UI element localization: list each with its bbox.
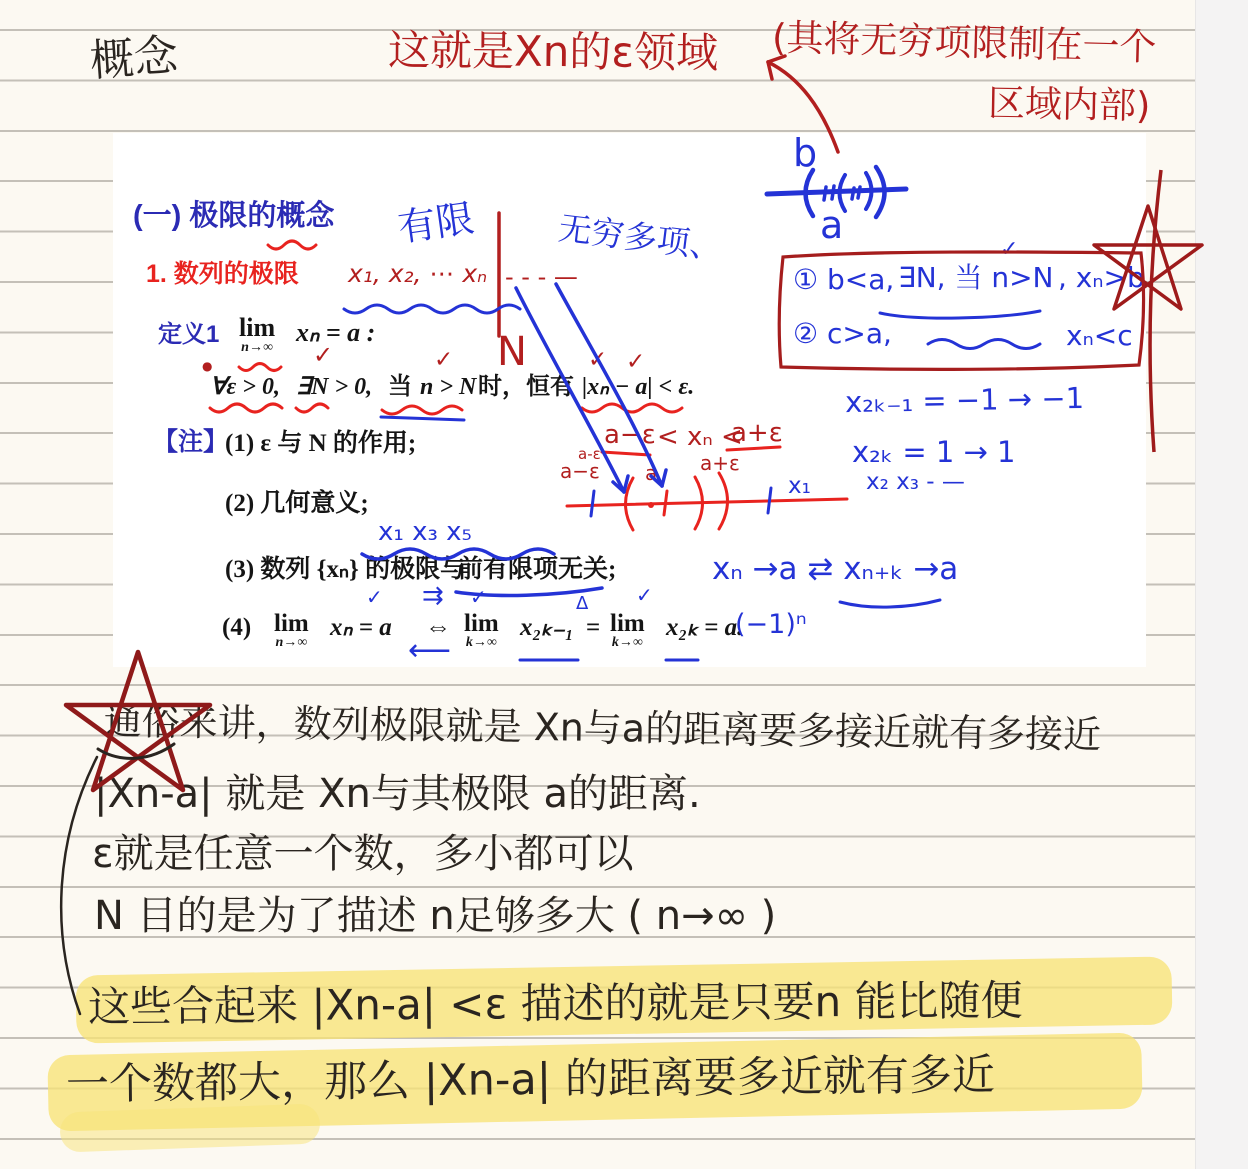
box-line1-a: ① b<a, bbox=[793, 264, 894, 295]
box-line2-a: ② c>a, bbox=[793, 318, 892, 349]
check-icon: ✓ bbox=[434, 348, 453, 374]
check-icon: ✓ bbox=[626, 350, 645, 376]
lim-subscript: k→∞ bbox=[612, 636, 643, 649]
definition-expression: xₙ = a : bbox=[296, 318, 375, 347]
annotation-sequence: x₁, x₂, ⋯ xₙ bbox=[348, 260, 487, 288]
notes-page: 概念 这就是Xn的ε领域 (其将无穷项限制在一个 区域内部) b a (一) 极… bbox=[0, 0, 1248, 1169]
axis-label-x1: x₁ bbox=[788, 474, 811, 500]
section-title: (一) 极限的概念 bbox=[133, 200, 334, 232]
check-icon: ✓ bbox=[366, 586, 383, 608]
limit-operator: lim n→∞ bbox=[274, 612, 309, 649]
long-left-arrow-icon: ⟵ bbox=[408, 634, 451, 668]
check-icon: ✓ bbox=[313, 342, 333, 369]
cond-then: 时，恒有 bbox=[478, 374, 574, 401]
axis-label-right: a+ε bbox=[700, 452, 740, 474]
annotation-N: N bbox=[497, 330, 527, 375]
triangle-icon: Δ bbox=[576, 594, 588, 614]
cond-abs: |xₙ − a| < ε. bbox=[582, 374, 694, 401]
item4-expr2: x₂ₖ₋₁ bbox=[520, 614, 574, 642]
check-icon: ✓ bbox=[470, 586, 487, 608]
lim-word: lim bbox=[464, 612, 499, 636]
diagram-label-a: a bbox=[820, 204, 843, 247]
ineq-right: a+ε bbox=[731, 419, 783, 448]
ineq-left: a−ε bbox=[604, 421, 656, 450]
item4-expr1: xₙ = a bbox=[330, 614, 392, 642]
double-right-arrow-icon: ⇉ bbox=[422, 582, 444, 611]
limit-operator: lim n→∞ bbox=[239, 316, 275, 354]
note-line: 一个数都大，那么 |Xn-a| 的距离要多近就有多近 bbox=[66, 1051, 995, 1109]
cond-when: 当 bbox=[388, 374, 412, 401]
definition-label: 定义1 bbox=[158, 322, 219, 349]
page-right-margin bbox=[1195, 0, 1248, 1169]
note-line: ε就是任意一个数，多小都可以 bbox=[92, 832, 634, 877]
odd-terms: x₁ x₃ x₅ bbox=[378, 518, 472, 547]
item4-expr3: x₂ₖ = a. bbox=[666, 614, 743, 642]
topic-label: 概念 bbox=[88, 31, 179, 86]
lim-word: lim bbox=[610, 612, 645, 636]
note-line: N 目的是为了描述 n足够多大 ( n→∞ ) bbox=[94, 894, 776, 939]
lim-subscript: n→∞ bbox=[241, 341, 273, 354]
cond-forall: ∀ε > 0, bbox=[210, 374, 280, 401]
item4-number: (4) bbox=[222, 614, 251, 642]
even-subsequence: x₂ₖ = 1 → 1 bbox=[852, 436, 1016, 468]
box-line2-b: xₙ<c bbox=[1066, 320, 1133, 351]
lim-subscript: k→∞ bbox=[466, 636, 497, 649]
axis-label-left: a−ε bbox=[560, 460, 600, 482]
note-item-3b: 前有限项无关; bbox=[458, 556, 616, 584]
red-title: 这就是Xn的ε领域 bbox=[388, 27, 719, 77]
box-line1-c: , xₙ>b bbox=[1058, 262, 1145, 293]
note-line: 这些合起来 |Xn-a| <ε 描述的就是只要n 能比随便 bbox=[88, 977, 1023, 1031]
note-item-3a: (3) 数列 {xₙ} 的极限与 bbox=[225, 556, 465, 584]
neg-one-power: (−1)ⁿ bbox=[735, 610, 807, 640]
subsection-title: 1. 数列的极限 bbox=[146, 260, 299, 288]
box-line1-b: ∃N, 当 n>N bbox=[898, 262, 1054, 293]
shift-equivalence: xₙ →a ⇄ xₙ₊ₖ →a bbox=[712, 552, 958, 587]
check-icon: ✓ bbox=[588, 348, 607, 374]
lim-word: lim bbox=[239, 316, 275, 341]
check-icon: ✓ bbox=[636, 584, 653, 606]
note-label: 【注】 bbox=[153, 428, 228, 456]
annotation-dashes: - - - — bbox=[505, 264, 578, 291]
diagram-label-b: b bbox=[793, 132, 817, 175]
terms-list: x₂ x₃ - — bbox=[866, 470, 965, 496]
lim-subscript: n→∞ bbox=[275, 636, 307, 649]
dot-icon: ● bbox=[202, 360, 212, 373]
cond-ngtN: n > N bbox=[420, 374, 476, 401]
item4-equals: = bbox=[586, 614, 600, 642]
note-item-1: (1) ε 与 N 的作用; bbox=[225, 430, 416, 458]
note-line: |Xn-a| 就是 Xn与其极限 a的距离. bbox=[94, 772, 701, 817]
ineq-mid: < xₙ < bbox=[657, 423, 743, 452]
lim-word: lim bbox=[274, 612, 309, 636]
note-item-2: (2) 几何意义; bbox=[225, 490, 369, 518]
limit-operator: lim k→∞ bbox=[464, 612, 499, 649]
red-note-line2: 区域内部) bbox=[988, 83, 1151, 127]
axis-label-mid: a bbox=[645, 462, 657, 484]
limit-operator: lim k→∞ bbox=[610, 612, 645, 649]
odd-subsequence: x₂ₖ₋₁ = −1 → −1 bbox=[845, 382, 1085, 419]
cond-exists: ∃N > 0, bbox=[296, 374, 372, 401]
check-icon: ✓ bbox=[1000, 238, 1018, 263]
